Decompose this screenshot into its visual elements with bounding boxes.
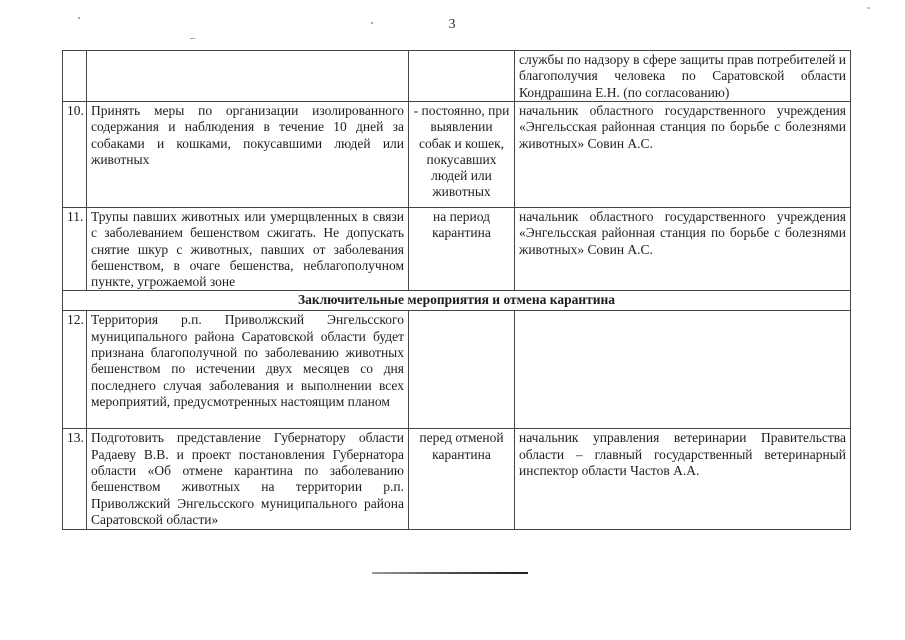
scan-speck (78, 17, 80, 19)
section-header: Заключительные мероприятия и отмена кара… (63, 291, 851, 311)
table-row-11: 11. Трупы павших животных или умерщвленн… (63, 208, 851, 291)
continued-row-responsible-cell: службы по надзору в сфере защиты прав по… (515, 51, 851, 102)
section-header-row: Заключительные мероприятия и отмена кара… (63, 291, 851, 311)
row-10-responsible-cell: начальник областного государственного уч… (515, 102, 851, 208)
row-11-action-cell: Трупы павших животных или умерщвленных в… (87, 208, 409, 291)
page-number: 3 (0, 17, 905, 33)
row-11-responsible-cell: начальник областного государственного уч… (515, 208, 851, 291)
row-12-timing-cell (409, 311, 515, 429)
row-13-action-cell: Подготовить представление Губернатору об… (87, 429, 409, 530)
table-row-12: 12. Территория р.п. Приволжский Энгельсс… (63, 311, 851, 429)
continued-row-timing-cell (409, 51, 515, 102)
continued-row-action-cell (87, 51, 409, 102)
row-13-number-cell: 13. (63, 429, 87, 530)
scan-speck (867, 7, 870, 9)
row-11-timing-cell: на период карантина (409, 208, 515, 291)
row-12-number-cell: 12. (63, 311, 87, 429)
row-10-action-cell: Принять меры по организации изолированно… (87, 102, 409, 208)
continued-row-number-cell (63, 51, 87, 102)
scan-speck (371, 22, 373, 24)
row-11-number-cell: 11. (63, 208, 87, 291)
quarantine-plan-table: службы по надзору в сфере защиты прав по… (62, 50, 851, 530)
table-row-13: 13. Подготовить представление Губернатор… (63, 429, 851, 530)
row-10-number-cell: 10. (63, 102, 87, 208)
row-12-action-cell: Территория р.п. Приволжский Энгельсского… (87, 311, 409, 429)
scan-speck (190, 38, 195, 39)
document-page: 3 службы по надзору в сфере защиты прав … (0, 0, 905, 640)
table-row-10: 10. Принять меры по организации изолиров… (63, 102, 851, 208)
row-13-timing-cell: перед отменой карантина (409, 429, 515, 530)
row-10-timing-cell: - постоянно, при выявлении собак и кошек… (409, 102, 515, 208)
table-row-continued: службы по надзору в сфере защиты прав по… (63, 51, 851, 102)
row-13-responsible-cell: начальник управления ветеринарии Правите… (515, 429, 851, 530)
footnote-separator-line (372, 572, 528, 574)
row-12-responsible-cell (515, 311, 851, 429)
